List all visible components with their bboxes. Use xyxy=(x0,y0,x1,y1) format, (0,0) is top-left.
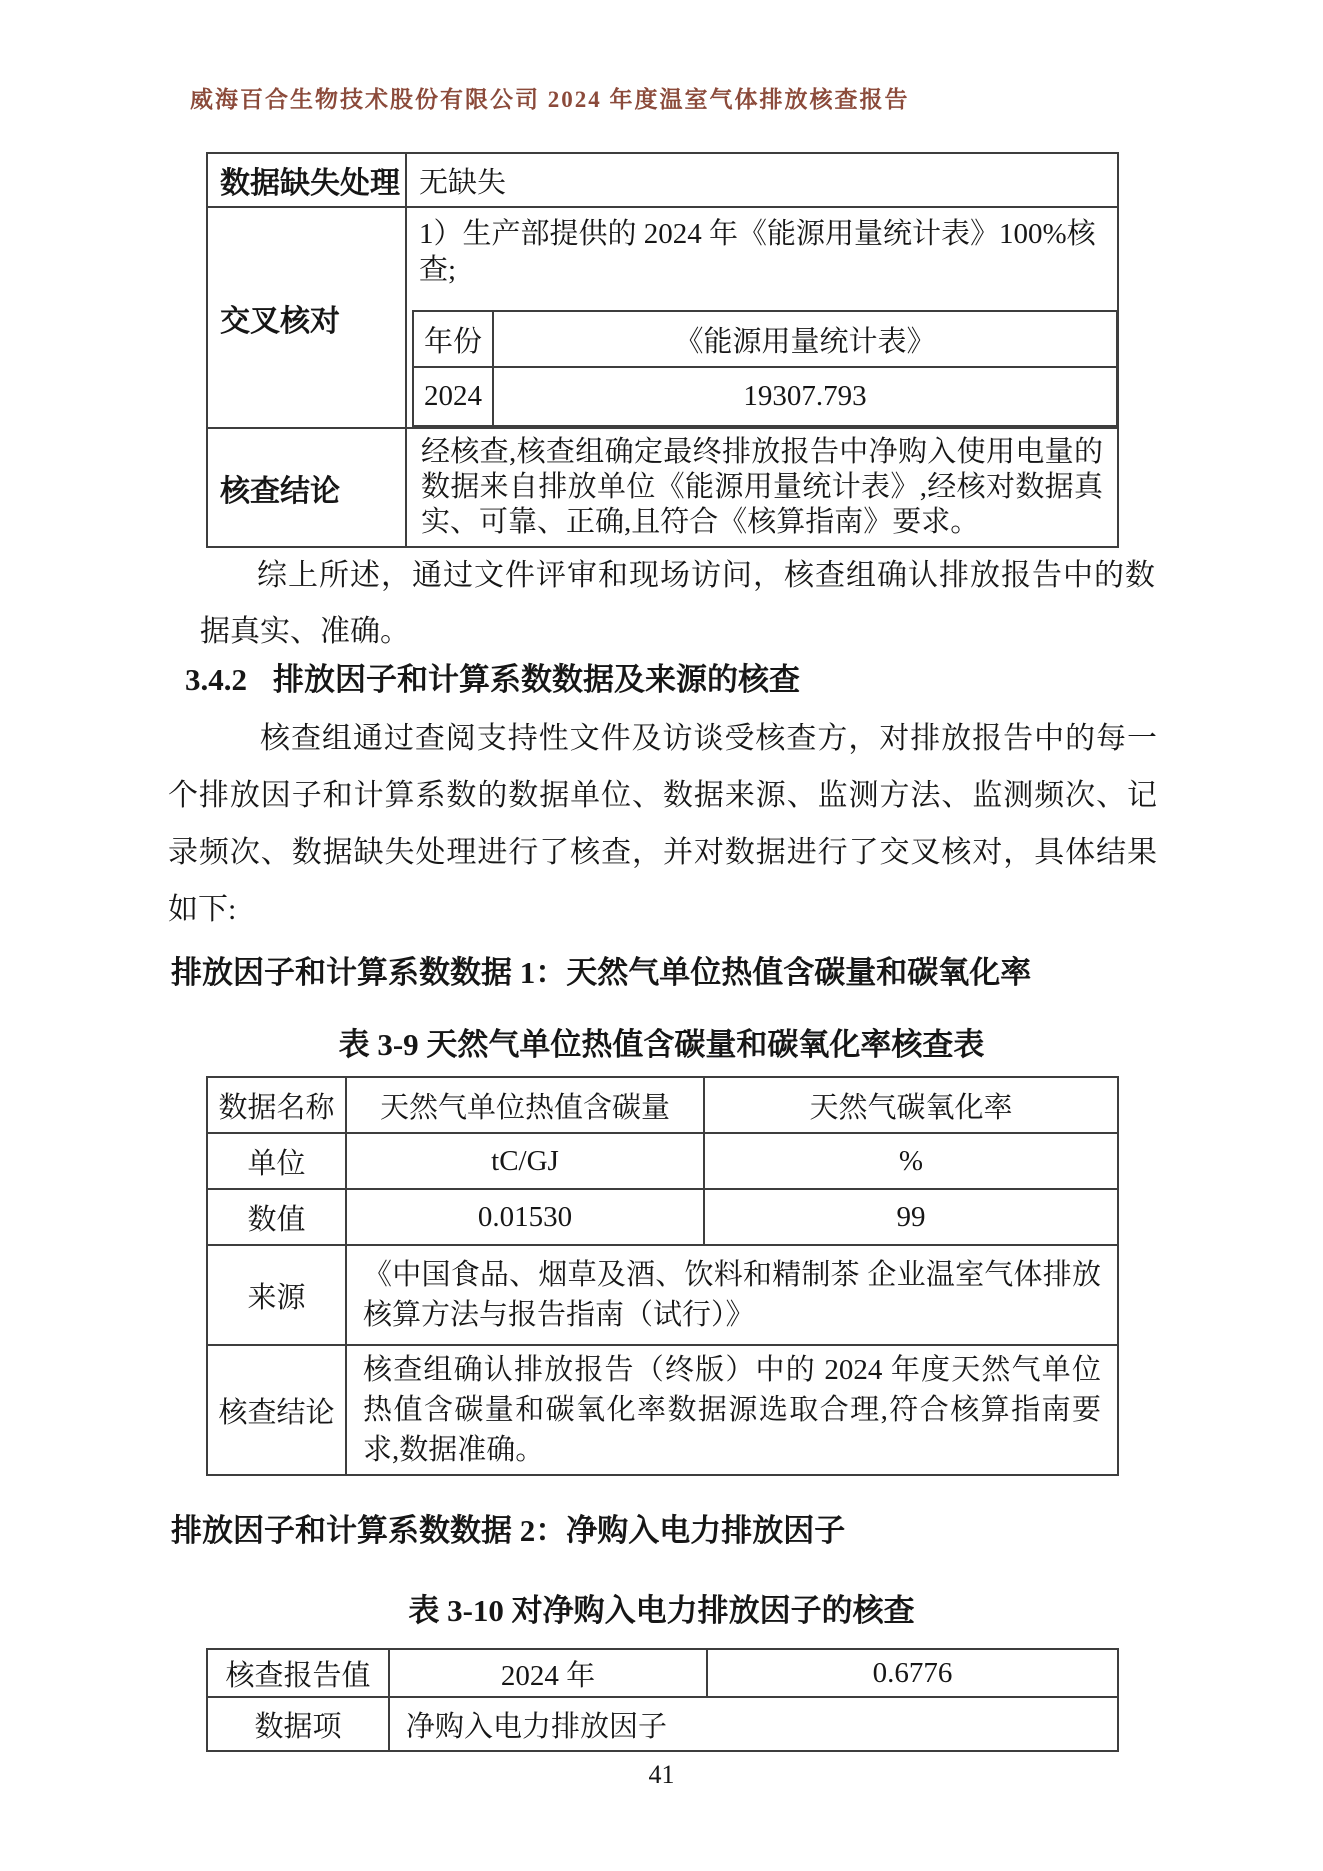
table-3-9: 数据名称 天然气单位热值含碳量 天然气碳氧化率 单位 tC/GJ % 数值 0.… xyxy=(206,1076,1119,1476)
unit-label: 单位 xyxy=(207,1133,346,1189)
table-row: 数值 0.01530 99 xyxy=(207,1189,1118,1245)
section-heading: 3.4.2排放因子和计算系数数据及来源的核查 xyxy=(185,662,1323,698)
oxidation-rate-header: 天然气碳氧化率 xyxy=(704,1077,1118,1133)
table-3-10: 核查报告值 2024 年 0.6776 数据项 净购入电力排放因子 xyxy=(206,1648,1119,1752)
statistics-value: 19307.793 xyxy=(493,367,1117,426)
factor2-heading: 排放因子和计算系数数据 2：净购入电力排放因子 xyxy=(171,1512,1323,1550)
table-row: 数据名称 天然气单位热值含碳量 天然气碳氧化率 xyxy=(207,1077,1118,1133)
report-header: 威海百合生物技术股份有限公司 2024 年度温室气体排放核查报告 xyxy=(190,84,1323,116)
intro-paragraph: 核查组通过查阅支持性文件及访谈受核查方，对排放报告中的每一个排放因子和计算系数的… xyxy=(168,710,1157,938)
cross-check-table: 数据缺失处理 无缺失 交叉核对 1）生产部提供的 2024 年《能源用量统计表》… xyxy=(206,152,1119,548)
carbon-content-header: 天然气单位热值含碳量 xyxy=(346,1077,704,1133)
conclusion-text: 经核查,核查组确定最终排放报告中净购入使用电量的数据来自排放单位《能源用量统计表… xyxy=(406,428,1118,547)
carbon-content-value: 0.01530 xyxy=(346,1189,704,1245)
cross-check-cell: 1）生产部提供的 2024 年《能源用量统计表》100%核查; 年份 《能源用量… xyxy=(406,207,1118,428)
cross-check-label: 交叉核对 xyxy=(207,207,406,428)
table-row: 来源 《中国食品、烟草及酒、饮料和精制茶 企业温室气体排放核算方法与报告指南（试… xyxy=(207,1245,1118,1345)
year-value: 2024 xyxy=(413,367,493,426)
table-row: 核查结论 核查组确认排放报告（终版）中的 2024 年度天然气单位热值含碳量和碳… xyxy=(207,1345,1118,1475)
year-header: 年份 xyxy=(413,311,493,367)
report-value-label: 核查报告值 xyxy=(207,1649,389,1697)
missing-data-label: 数据缺失处理 xyxy=(207,153,406,207)
value-label: 数值 xyxy=(207,1189,346,1245)
data-name-label: 数据名称 xyxy=(207,1077,346,1133)
report-value-year: 2024 年 xyxy=(389,1649,707,1697)
section-number: 3.4.2 xyxy=(185,662,247,697)
table-row: 年份 《能源用量统计表》 xyxy=(413,311,1117,367)
conclusion-label: 核查结论 xyxy=(207,1345,346,1475)
carbon-content-unit: tC/GJ xyxy=(346,1133,704,1189)
table-row: 数据缺失处理 无缺失 xyxy=(207,153,1118,207)
data-item-value: 净购入电力排放因子 xyxy=(389,1697,1118,1751)
table-row: 2024 19307.793 xyxy=(413,367,1117,426)
page-number: 41 xyxy=(0,1760,1323,1790)
table-row: 核查结论 经核查,核查组确定最终排放报告中净购入使用电量的数据来自排放单位《能源… xyxy=(207,428,1118,547)
energy-statistics-nested-table: 年份 《能源用量统计表》 2024 19307.793 xyxy=(412,310,1118,427)
missing-data-value: 无缺失 xyxy=(406,153,1118,207)
source-text: 《中国食品、烟草及酒、饮料和精制茶 企业温室气体排放核算方法与报告指南（试行）》 xyxy=(346,1245,1118,1345)
conclusion-text: 核查组确认排放报告（终版）中的 2024 年度天然气单位热值含碳量和碳氧化率数据… xyxy=(346,1345,1118,1475)
oxidation-rate-unit: % xyxy=(704,1133,1118,1189)
table-3-9-caption: 表 3-9 天然气单位热值含碳量和碳氧化率核查表 xyxy=(0,1026,1323,1064)
cross-check-note: 1）生产部提供的 2024 年《能源用量统计表》100%核查; xyxy=(407,208,1117,288)
section-title: 排放因子和计算系数数据及来源的核查 xyxy=(273,662,800,697)
table-row: 核查报告值 2024 年 0.6776 xyxy=(207,1649,1118,1697)
statistics-doc-header: 《能源用量统计表》 xyxy=(493,311,1117,367)
factor1-heading: 排放因子和计算系数数据 1：天然气单位热值含碳量和碳氧化率 xyxy=(171,954,1323,992)
conclusion-label: 核查结论 xyxy=(207,428,406,547)
summary-paragraph: 综上所述，通过文件评审和现场访问，核查组确认排放报告中的数据真实、准确。 xyxy=(200,548,1155,660)
oxidation-rate-value: 99 xyxy=(704,1189,1118,1245)
document-page: 威海百合生物技术股份有限公司 2024 年度温室气体排放核查报告 数据缺失处理 … xyxy=(0,0,1323,1871)
table-row: 单位 tC/GJ % xyxy=(207,1133,1118,1189)
table-3-10-caption: 表 3-10 对净购入电力排放因子的核查 xyxy=(0,1592,1323,1630)
data-item-label: 数据项 xyxy=(207,1697,389,1751)
table-row: 数据项 净购入电力排放因子 xyxy=(207,1697,1118,1751)
report-value-number: 0.6776 xyxy=(707,1649,1118,1697)
source-label: 来源 xyxy=(207,1245,346,1345)
table-row: 交叉核对 1）生产部提供的 2024 年《能源用量统计表》100%核查; 年份 … xyxy=(207,207,1118,428)
